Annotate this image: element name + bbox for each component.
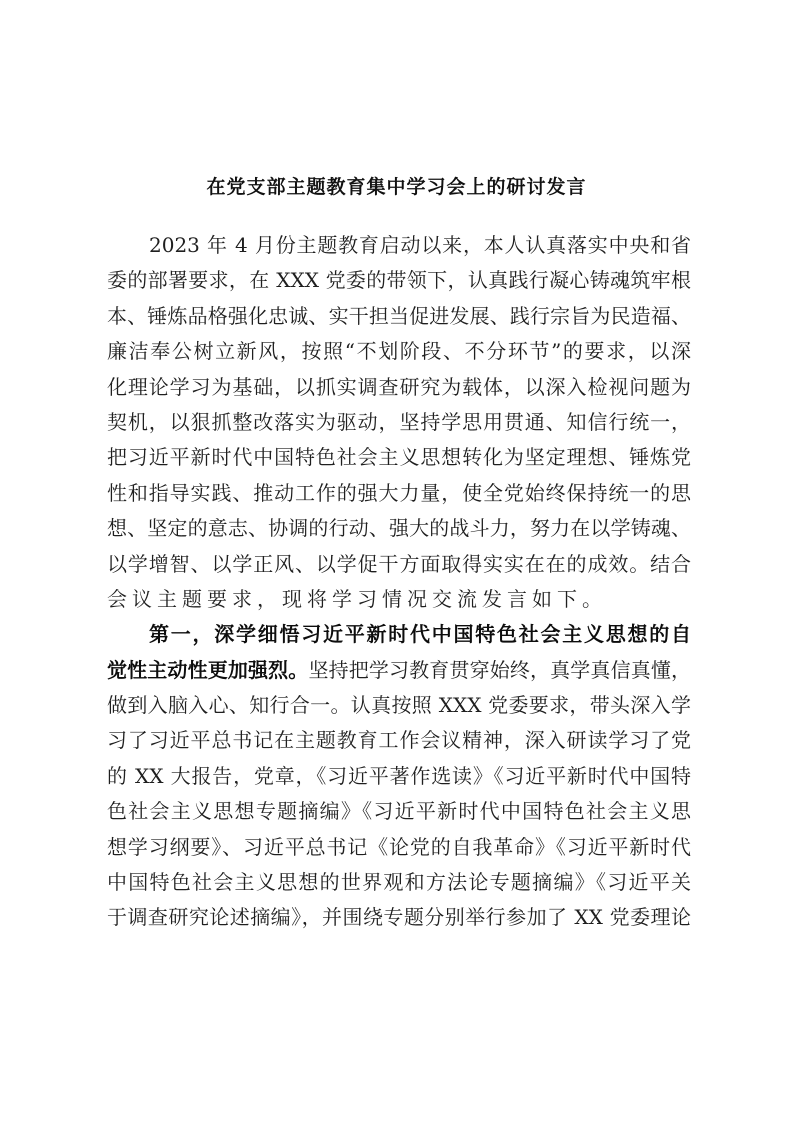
section-1-heading-line-1: 第一，深学细悟习近平新时代中国特色社会主义思想的自 — [107, 617, 691, 652]
document-title: 在党支部主题教育集中学习会上的研讨发言 — [0, 172, 793, 199]
paragraph-1-line-4: 廉洁奉公树立新风，按照“不划阶段、不分环节”的要求，以深 — [107, 334, 691, 369]
paragraph-1-line-1: 2023 年 4 月份主题教育启动以来，本人认真落实中央和省 — [107, 228, 691, 263]
paragraph-1-line-8: 性和指导实践、推动工作的强大力量，使全党始终保持统一的思 — [107, 476, 691, 511]
paragraph-1-line-7: 把习近平新时代中国特色社会主义思想转化为坚定理想、锤炼党 — [107, 440, 691, 475]
paragraph-1-line-10: 以学增智、以学正风、以学促干方面取得实实在在的成效。结合 — [107, 547, 691, 582]
paragraph-2-line-1: 做到入脑入心、知行合一。认真按照 XXX 党委要求，带头深入学 — [107, 688, 691, 723]
paragraph-2-line-2: 习了习近平总书记在主题教育工作会议精神，深入研读学习了党 — [107, 723, 691, 758]
paragraph-1-line-5: 化理论学习为基础，以抓实调查研究为载体，以深入检视问题为 — [107, 370, 691, 405]
paragraph-2-line-4: 色社会主义思想专题摘编》《习近平新时代中国特色社会主义思 — [107, 794, 691, 829]
paragraph-1-line-11: 会议主题要求，现将学习情况交流发言如下。 — [107, 582, 691, 617]
paragraph-1-line-6: 契机，以狠抓整改落实为驱动，坚持学思用贯通、知信行统一， — [107, 405, 691, 440]
section-1-body-start: 坚持把学习教育贯穿始终，真学真信真懂， — [308, 658, 691, 682]
paragraph-1-line-2: 委的部署要求，在 XXX 党委的带领下，认真践行凝心铸魂筑牢根 — [107, 263, 691, 298]
section-1-heading-line-2: 觉性主动性更加强烈。坚持把学习教育贯穿始终，真学真信真懂， — [107, 653, 691, 688]
paragraph-2-line-7: 于调查研究论述摘编》，并围绕专题分别举行参加了 XX 党委理论 — [107, 900, 691, 935]
paragraph-2-line-3: 的 XX 大报告，党章，《习近平著作选读》《习近平新时代中国特 — [107, 759, 691, 794]
paragraph-1-line-9: 想、坚定的意志、协调的行动、强大的战斗力，努力在以学铸魂、 — [107, 511, 691, 546]
paragraph-1-line-3: 本、锤炼品格强化忠诚、实干担当促进发展、践行宗旨为民造福、 — [107, 299, 691, 334]
document-body: 2023 年 4 月份主题教育启动以来，本人认真落实中央和省 委的部署要求，在 … — [107, 228, 691, 936]
paragraph-2-line-5: 想学习纲要》、习近平总书记《论党的自我革命》《习近平新时代 — [107, 830, 691, 865]
paragraph-2-line-6: 中国特色社会主义思想的世界观和方法论专题摘编》《习近平关 — [107, 865, 691, 900]
section-1-heading-bold-tail: 觉性主动性更加强烈。 — [107, 658, 308, 682]
document-page: 在党支部主题教育集中学习会上的研讨发言 2023 年 4 月份主题教育启动以来，… — [0, 0, 793, 1122]
